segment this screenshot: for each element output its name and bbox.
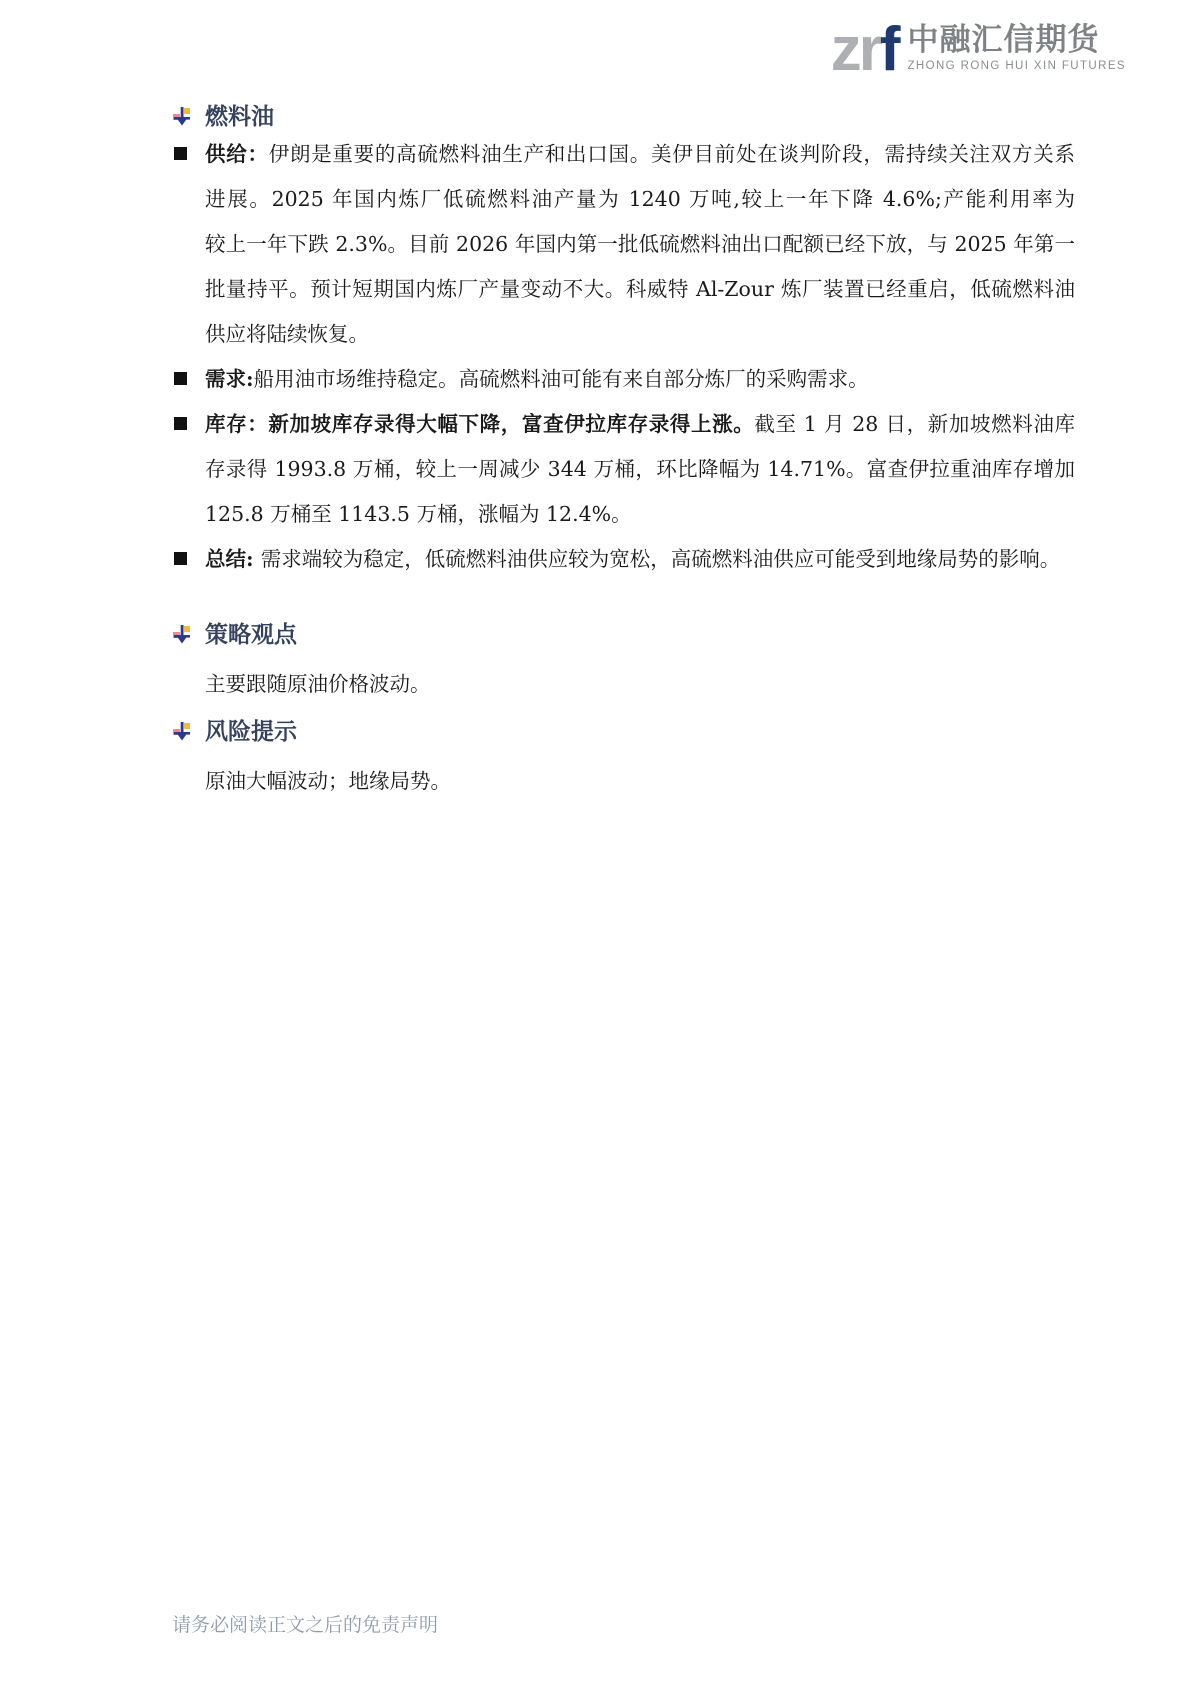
section-heading-strategy: 策略观点 <box>163 618 1075 650</box>
supply-label: 供给： <box>205 142 269 166</box>
body-line: 125.8 万桶至 1143.5 万桶，涨幅为 12.4%。 <box>205 492 1075 537</box>
square-bullet-icon <box>174 417 187 430</box>
down-arrow-bullet-icon <box>172 106 192 126</box>
company-logo: zrf 中融汇信期货 ZHONG RONG HUI XIN FUTURES <box>831 24 1126 75</box>
body-line: 库存：新加坡库存录得大幅下降，富查伊拉库存录得上涨。截至 1 月 28 日，新加… <box>205 402 1075 447</box>
bullet-item-summary: 总结: 需求端较为稳定，低硫燃料油供应较为宽松，高硫燃料油供应可能受到地缘局势的… <box>163 537 1075 582</box>
report-page: zrf 中融汇信期货 ZHONG RONG HUI XIN FUTURES 燃料… <box>0 0 1190 1683</box>
strategy-paragraph: 主要跟随原油价格波动。 <box>163 662 1075 707</box>
down-arrow-bullet-icon <box>172 721 192 741</box>
bullet-item-inventory: 库存：新加坡库存录得大幅下降，富查伊拉库存录得上涨。截至 1 月 28 日，新加… <box>163 402 1075 537</box>
logo-wordmark: 中融汇信期货 ZHONG RONG HUI XIN FUTURES <box>908 24 1127 75</box>
logo-zr-letters: zr <box>831 15 880 84</box>
section-title: 策略观点 <box>205 621 297 647</box>
section-heading-fuel-oil: 燃料油 <box>163 100 1075 132</box>
body-line: 总结: 需求端较为稳定，低硫燃料油供应较为宽松，高硫燃料油供应可能受到地缘局势的… <box>205 537 1075 582</box>
summary-text: 需求端较为稳定，低硫燃料油供应较为宽松，高硫燃料油供应可能受到地缘局势的影响。 <box>261 547 1061 571</box>
inventory-text: 截至 1 月 28 日，新加坡燃料油库 <box>754 412 1075 436</box>
body-line: 批量持平。预计短期国内炼厂产量变动不大。科威特 Al-Zour 炼厂装置已经重启… <box>205 267 1075 312</box>
bullet-item-supply: 供给：伊朗是重要的高硫燃料油生产和出口国。美伊目前处在谈判阶段，需持续关注双方关… <box>163 132 1075 357</box>
risk-paragraph: 原油大幅波动；地缘局势。 <box>163 759 1075 804</box>
logo-zrf-mark: zrf <box>831 25 898 76</box>
square-bullet-icon <box>174 552 187 565</box>
body-line: 需求:船用油市场维持稳定。高硫燃料油可能有来自部分炼厂的采购需求。 <box>205 357 1075 402</box>
body-line: 主要跟随原油价格波动。 <box>205 662 1075 707</box>
section-heading-risk: 风险提示 <box>163 715 1075 747</box>
body-line: 供给：伊朗是重要的高硫燃料油生产和出口国。美伊目前处在谈判阶段，需持续关注双方关… <box>205 132 1075 177</box>
body-line: 进展。2025 年国内炼厂低硫燃料油产量为 1240 万吨,较上一年下降 4.6… <box>205 177 1075 222</box>
demand-text: 船用油市场维持稳定。高硫燃料油可能有来自部分炼厂的采购需求。 <box>254 367 869 391</box>
logo-f-letter: f <box>880 15 898 84</box>
body-line: 较上一年下跌 2.3%。目前 2026 年国内第一批低硫燃料油出口配额已经下放，… <box>205 222 1075 267</box>
square-bullet-icon <box>174 372 187 385</box>
logo-company-name-en: ZHONG RONG HUI XIN FUTURES <box>908 60 1127 74</box>
down-arrow-bullet-icon <box>172 624 192 644</box>
report-body: 燃料油 供给：伊朗是重要的高硫燃料油生产和出口国。美伊目前处在谈判阶段，需持续关… <box>163 100 1075 804</box>
section-title: 风险提示 <box>205 718 297 744</box>
section-title: 燃料油 <box>205 103 274 129</box>
inventory-label: 库存：新加坡库存录得大幅下降，富查伊拉库存录得上涨。 <box>205 412 754 436</box>
summary-label: 总结: <box>205 547 261 571</box>
supply-text: 伊朗是重要的高硫燃料油生产和出口国。美伊目前处在谈判阶段，需持续关注双方关系 <box>269 142 1075 166</box>
square-bullet-icon <box>174 147 187 160</box>
demand-label: 需求: <box>205 367 254 391</box>
body-line: 原油大幅波动；地缘局势。 <box>205 759 1075 804</box>
body-line: 存录得 1993.8 万桶，较上一周减少 344 万桶，环比降幅为 14.71%… <box>205 447 1075 492</box>
footer-disclaimer: 请务必阅读正文之后的免责声明 <box>172 1610 438 1640</box>
logo-company-name-cn: 中融汇信期货 <box>908 24 1127 57</box>
bullet-item-demand: 需求:船用油市场维持稳定。高硫燃料油可能有来自部分炼厂的采购需求。 <box>163 357 1075 402</box>
body-line: 供应将陆续恢复。 <box>205 312 1075 357</box>
